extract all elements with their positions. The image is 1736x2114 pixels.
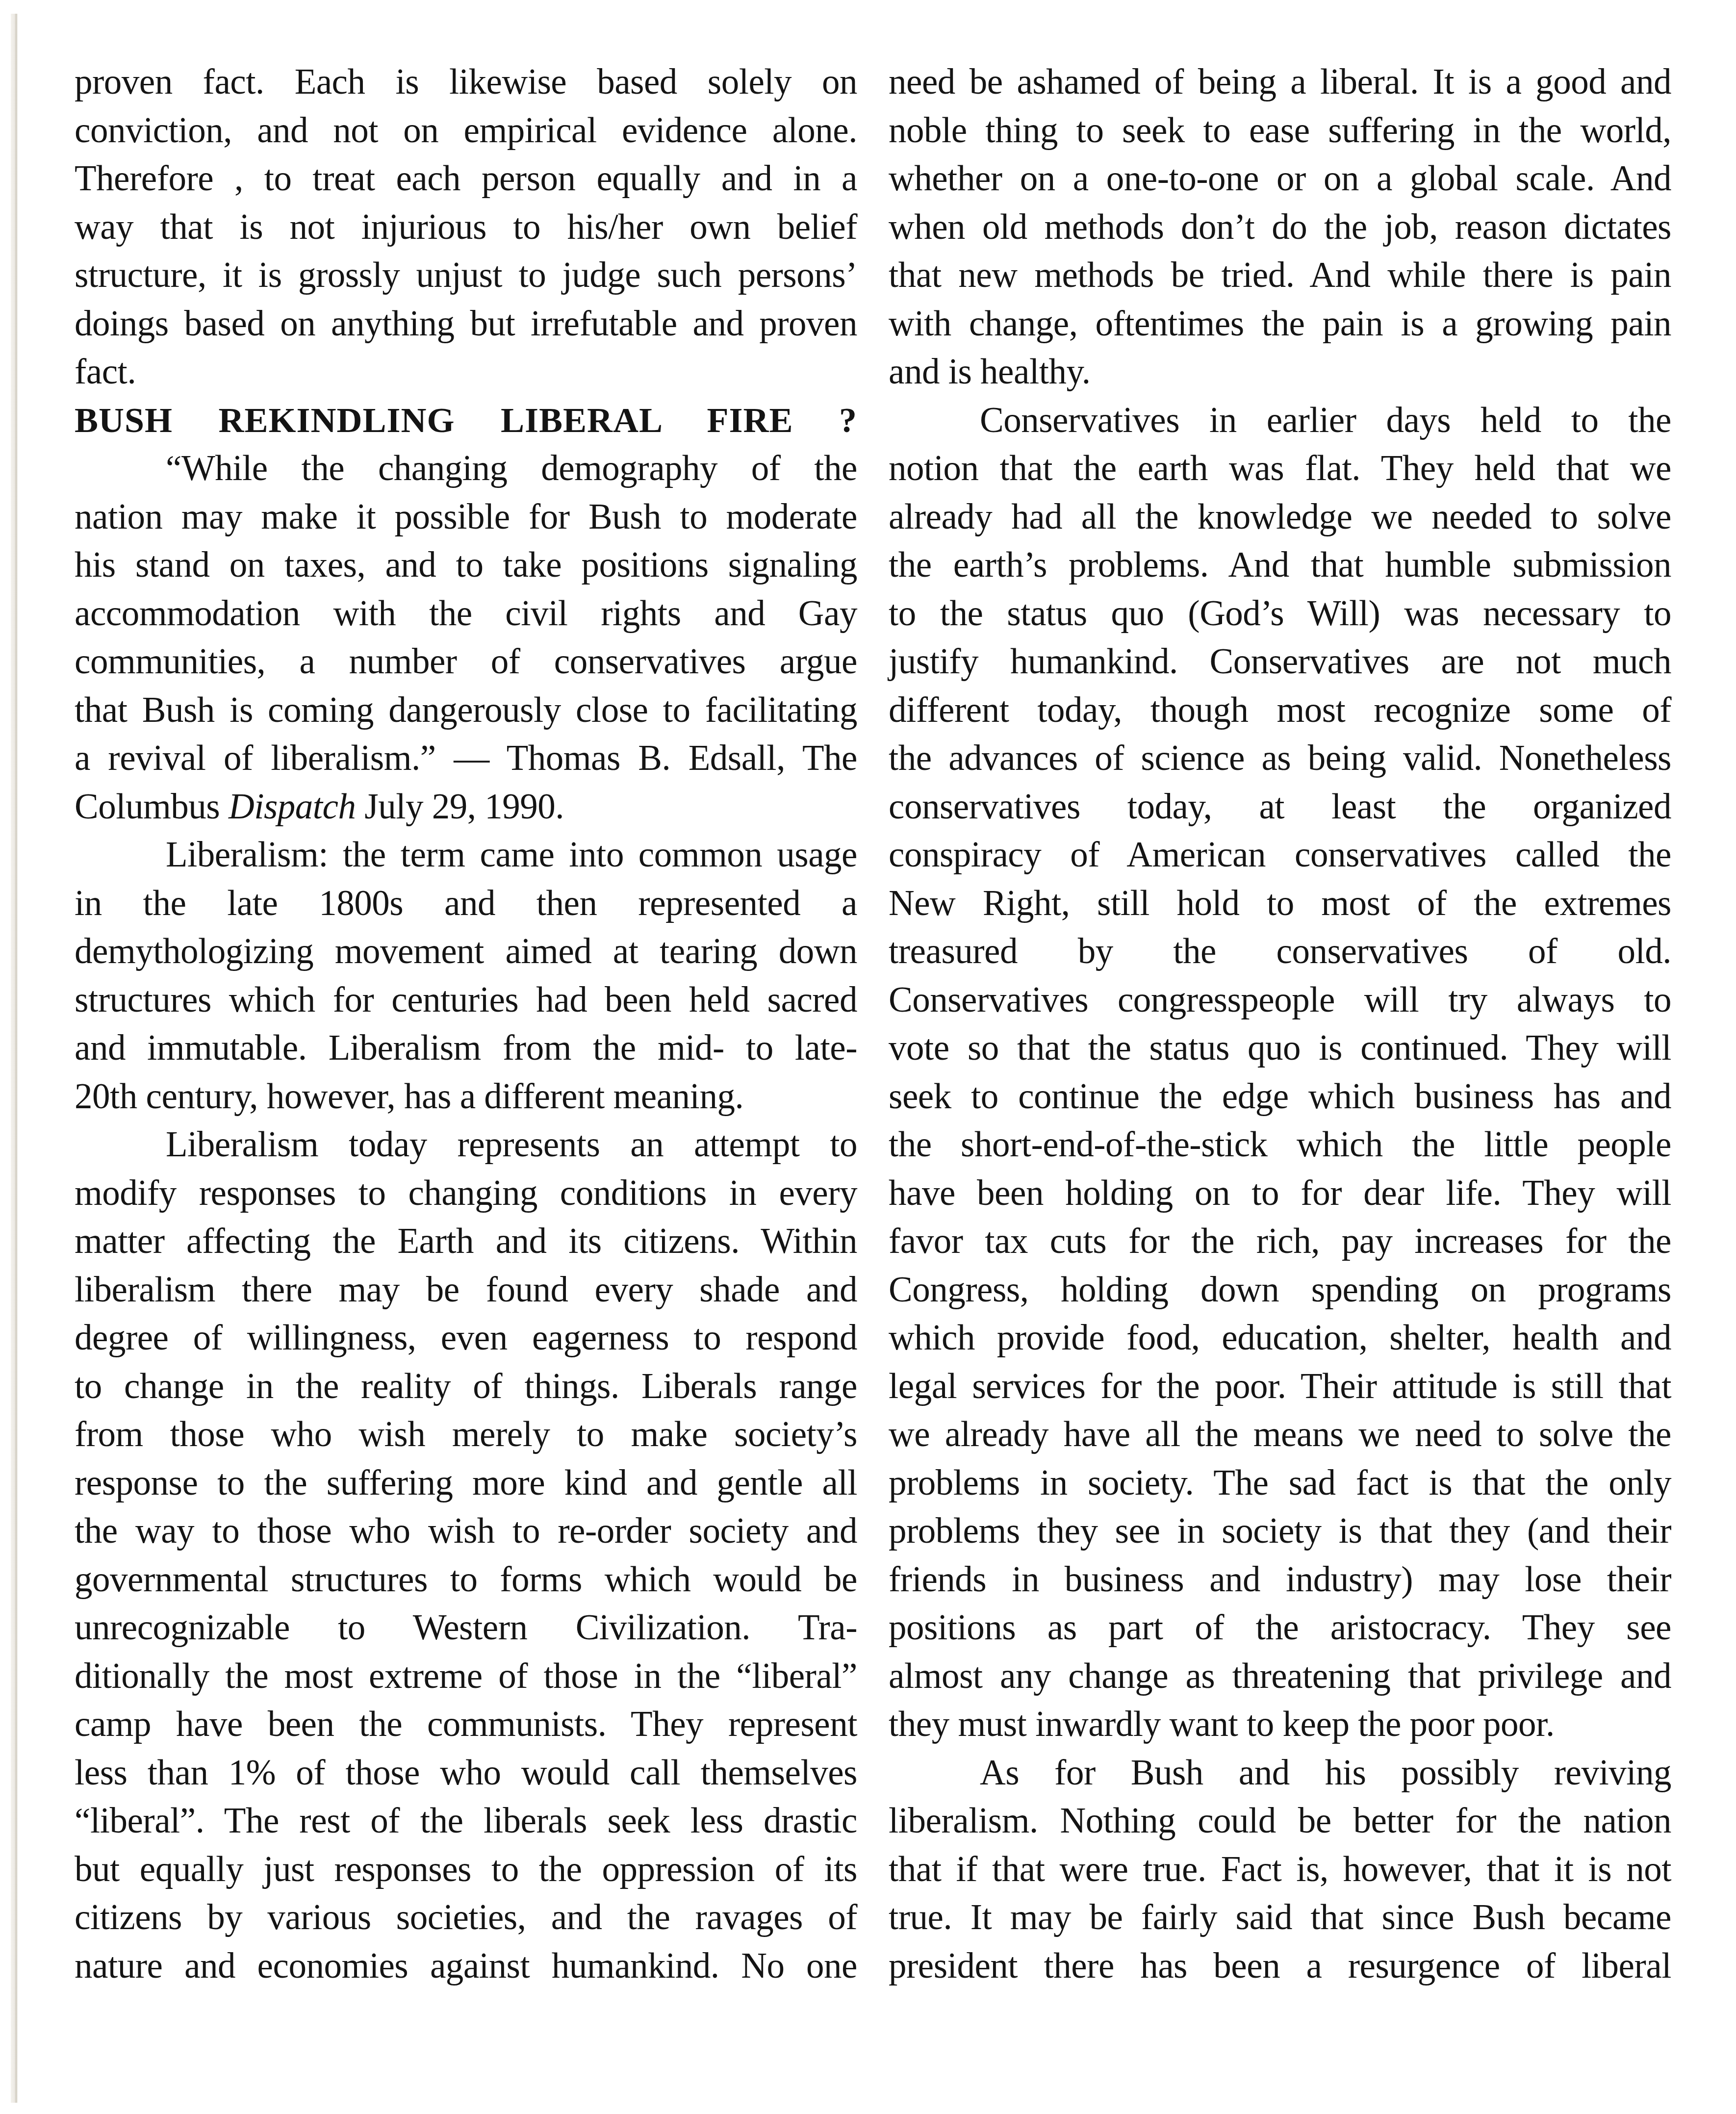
text-line: Columbus Dispatch July 29, 1990.: [75, 783, 857, 831]
right-column: need be ashamed of being a liberal. It i…: [889, 58, 1671, 1990]
text-line: a revival of liberalism.” — Thomas B. Ed…: [75, 734, 857, 783]
text-line-content: whether on a one-to-one or on a global s…: [889, 158, 1671, 198]
text-line: different today, though most recognize s…: [889, 686, 1671, 735]
text-line-content: have been holding on to for dear life. T…: [889, 1173, 1671, 1213]
text-line-content: less than 1% of those who would call the…: [75, 1753, 857, 1792]
text-line-content: vote so that the status quo is continued…: [889, 1028, 1671, 1068]
text-line-content: structure, it is grossly unjust to judge…: [75, 255, 857, 295]
citation-date: July 29, 1990.: [356, 787, 564, 826]
text-line: they must inwardly want to keep the poor…: [889, 1700, 1671, 1749]
text-line-content: different today, though most recognize s…: [889, 690, 1671, 730]
text-line-content: 20th century, however, has a different m…: [75, 1076, 743, 1116]
text-line-content: friends in business and industry) may lo…: [889, 1559, 1671, 1599]
text-line-content: president there has been a resurgence of…: [889, 1946, 1671, 1986]
text-line-content: a revival of liberalism.” — Thomas B. Ed…: [75, 738, 857, 778]
text-line-content: Liberalism today represents an attempt t…: [166, 1124, 857, 1164]
text-line: Conservatives congresspeople will try al…: [889, 976, 1671, 1024]
text-line-content: need be ashamed of being a liberal. It i…: [889, 62, 1671, 102]
text-line-content: with change, oftentimes the pain is a gr…: [889, 304, 1671, 343]
text-line-content: Therefore , to treat each person equally…: [75, 158, 857, 198]
text-line: citizens by various societies, and the r…: [75, 1893, 857, 1942]
text-line: structures which for centuries had been …: [75, 976, 857, 1024]
text-line: when old methods don’t do the job, reaso…: [889, 203, 1671, 252]
text-line-content: which provide food, education, shelter, …: [889, 1318, 1671, 1357]
text-line-content: degree of willingness, even eagerness to…: [75, 1318, 857, 1357]
text-line: the earth’s problems. And that humble su…: [889, 541, 1671, 589]
text-line: the advances of science as being valid. …: [889, 734, 1671, 783]
text-line: we already have all the means we need to…: [889, 1410, 1671, 1459]
text-line-content: conspiracy of American conservatives cal…: [889, 835, 1671, 874]
text-line-content: ditionally the most extreme of those in …: [75, 1656, 857, 1696]
text-line-content: the way to those who wish to re-order so…: [75, 1511, 857, 1551]
text-line: governmental structures to forms which w…: [75, 1555, 857, 1604]
text-line: have been holding on to for dear life. T…: [889, 1169, 1671, 1218]
text-line: communities, a number of conservatives a…: [75, 637, 857, 686]
text-line-content: treasured by the conservatives of old.: [889, 931, 1671, 971]
text-line: but equally just responses to the oppres…: [75, 1845, 857, 1894]
text-line: whether on a one-to-one or on a global s…: [889, 154, 1671, 203]
text-line: his stand on taxes, and to take position…: [75, 541, 857, 589]
text-line: “liberal”. The rest of the liberals seek…: [75, 1797, 857, 1845]
text-line: less than 1% of those who would call the…: [75, 1749, 857, 1797]
text-line: unrecognizable to Western Civilization. …: [75, 1604, 857, 1652]
text-line-content: from those who wish merely to make socie…: [75, 1414, 857, 1454]
text-line: with change, oftentimes the pain is a gr…: [889, 300, 1671, 348]
text-line-content: problems they see in society is that the…: [889, 1511, 1671, 1551]
left-column: proven fact. Each is likewise based sole…: [75, 58, 857, 1990]
text-line-content: in the late 1800s and then represented a: [75, 883, 857, 923]
text-line: vote so that the status quo is continued…: [889, 1024, 1671, 1072]
text-line: nature and economies against humankind. …: [75, 1942, 857, 1990]
text-line: way that is not injurious to his/her own…: [75, 203, 857, 252]
text-line: conservatives today, at least the organi…: [889, 783, 1671, 831]
text-line: which provide food, education, shelter, …: [889, 1314, 1671, 1362]
text-line-content: justify humankind. Conservatives are not…: [889, 641, 1671, 681]
text-line-content: liberalism there may be found every shad…: [75, 1270, 857, 1309]
text-line-content: to the status quo (God’s Will) was neces…: [889, 593, 1671, 633]
text-line-content: BUSH REKINDLING LIBERAL FIRE ?: [75, 401, 857, 440]
text-line-content: the earth’s problems. And that humble su…: [889, 545, 1671, 585]
text-line: that new methods be tried. And while the…: [889, 251, 1671, 300]
text-line-content: true. It may be fairly said that since B…: [889, 1897, 1671, 1937]
text-line: true. It may be fairly said that since B…: [889, 1893, 1671, 1942]
text-line-content: the short-end-of-the-stick which the lit…: [889, 1124, 1671, 1164]
text-line: that if that were true. Fact is, however…: [889, 1845, 1671, 1894]
text-line: matter affecting the Earth and its citiz…: [75, 1217, 857, 1266]
text-line-content: fact.: [75, 352, 136, 391]
text-line: nation may make it possible for Bush to …: [75, 493, 857, 541]
text-line: accommodation with the civil rights and …: [75, 589, 857, 638]
text-line-content: notion that the earth was flat. They hel…: [889, 448, 1671, 488]
text-line: and immutable. Liberalism from the mid- …: [75, 1024, 857, 1072]
text-line-content: “liberal”. The rest of the liberals seek…: [75, 1801, 857, 1840]
text-line: conviction, and not on empirical evidenc…: [75, 106, 857, 155]
text-line: already had all the knowledge we needed …: [889, 493, 1671, 541]
text-line-content: “While the changing demography of the: [166, 448, 857, 488]
text-line-content: way that is not injurious to his/her own…: [75, 207, 857, 247]
text-line-content: matter affecting the Earth and its citiz…: [75, 1221, 857, 1261]
text-line: structure, it is grossly unjust to judge…: [75, 251, 857, 300]
text-line-content: liberalism. Nothing could be better for …: [889, 1801, 1671, 1840]
text-line: As for Bush and his possibly reviving: [889, 1749, 1671, 1797]
text-line: doings based on anything but irrefutable…: [75, 300, 857, 348]
text-line-content: proven fact. Each is likewise based sole…: [75, 62, 857, 102]
text-line-content: noble thing to seek to ease suffering in…: [889, 110, 1671, 150]
text-line-content: As for Bush and his possibly reviving: [980, 1753, 1671, 1792]
text-line-content: but equally just responses to the oppres…: [75, 1849, 857, 1889]
text-line: problems in society. The sad fact is tha…: [889, 1459, 1671, 1507]
text-line: in the late 1800s and then represented a: [75, 879, 857, 928]
text-line: New Right, still hold to most of the ext…: [889, 879, 1671, 928]
text-line-content: to change in the reality of things. Libe…: [75, 1366, 857, 1406]
text-line: Congress, holding down spending on progr…: [889, 1266, 1671, 1314]
text-line: Liberalism today represents an attempt t…: [75, 1121, 857, 1169]
text-line: liberalism. Nothing could be better for …: [889, 1797, 1671, 1845]
text-line-content: camp have been the communists. They repr…: [75, 1704, 857, 1744]
text-line-content: that new methods be tried. And while the…: [889, 255, 1671, 295]
text-line-content: that Bush is coming dangerously close to…: [75, 690, 857, 730]
text-line: president there has been a resurgence of…: [889, 1942, 1671, 1990]
text-line-content: Columbus: [75, 787, 220, 826]
text-line-content: we already have all the means we need to…: [889, 1414, 1671, 1454]
text-line-content: almost any change as threatening that pr…: [889, 1656, 1671, 1696]
text-line: legal services for the poor. Their attit…: [889, 1362, 1671, 1411]
page-edge-shadow: [11, 14, 18, 2103]
text-line: almost any change as threatening that pr…: [889, 1652, 1671, 1701]
text-line: camp have been the communists. They repr…: [75, 1700, 857, 1749]
text-line: conspiracy of American conservatives cal…: [889, 831, 1671, 879]
text-line: Therefore , to treat each person equally…: [75, 154, 857, 203]
text-line-content: Conservatives congresspeople will try al…: [889, 980, 1671, 1019]
text-line: the short-end-of-the-stick which the lit…: [889, 1121, 1671, 1169]
text-line: problems they see in society is that the…: [889, 1507, 1671, 1555]
text-line-content: doings based on anything but irrefutable…: [75, 304, 857, 343]
text-line-content: modify responses to changing conditions …: [75, 1173, 857, 1213]
text-line-content: they must inwardly want to keep the poor…: [889, 1704, 1555, 1744]
text-line: demythologizing movement aimed at tearin…: [75, 927, 857, 976]
text-line: friends in business and industry) may lo…: [889, 1555, 1671, 1604]
publication-name: Dispatch: [229, 787, 356, 826]
text-line: need be ashamed of being a liberal. It i…: [889, 58, 1671, 106]
text-line: proven fact. Each is likewise based sole…: [75, 58, 857, 106]
text-line-content: response to the suffering more kind and …: [75, 1463, 857, 1503]
text-line: the way to those who wish to re-order so…: [75, 1507, 857, 1555]
section-heading: BUSH REKINDLING LIBERAL FIRE ?: [75, 396, 857, 445]
text-line-content: New Right, still hold to most of the ext…: [889, 883, 1671, 923]
text-line-content: seek to continue the edge which business…: [889, 1076, 1671, 1116]
text-line-content: positions as part of the aristocracy. Th…: [889, 1607, 1671, 1647]
text-line: justify humankind. Conservatives are not…: [889, 637, 1671, 686]
text-line-content: his stand on taxes, and to take position…: [75, 545, 857, 585]
text-line: degree of willingness, even eagerness to…: [75, 1314, 857, 1362]
text-line: response to the suffering more kind and …: [75, 1459, 857, 1507]
text-line: favor tax cuts for the rich, pay increas…: [889, 1217, 1671, 1266]
text-line-content: favor tax cuts for the rich, pay increas…: [889, 1221, 1671, 1261]
text-line: ditionally the most extreme of those in …: [75, 1652, 857, 1701]
text-line: noble thing to seek to ease suffering in…: [889, 106, 1671, 155]
text-line-content: when old methods don’t do the job, reaso…: [889, 207, 1671, 247]
text-line: and is healthy.: [889, 348, 1671, 396]
text-line-content: that if that were true. Fact is, however…: [889, 1849, 1671, 1889]
text-line-content: communities, a number of conservatives a…: [75, 641, 857, 681]
text-line-content: already had all the knowledge we needed …: [889, 497, 1671, 536]
text-line-content: accommodation with the civil rights and …: [75, 593, 857, 633]
text-line-content: governmental structures to forms which w…: [75, 1559, 857, 1599]
text-line-content: unrecognizable to Western Civilization. …: [75, 1607, 857, 1647]
text-line: that Bush is coming dangerously close to…: [75, 686, 857, 735]
text-line-content: demythologizing movement aimed at tearin…: [75, 931, 857, 971]
text-line-content: and immutable. Liberalism from the mid- …: [75, 1028, 857, 1068]
text-line: “While the changing demography of the: [75, 444, 857, 493]
text-line-content: Congress, holding down spending on progr…: [889, 1270, 1671, 1309]
text-line: 20th century, however, has a different m…: [75, 1072, 857, 1121]
text-line-content: the advances of science as being valid. …: [889, 738, 1671, 778]
text-line-content: nature and economies against humankind. …: [75, 1946, 857, 1986]
text-line-content: problems in society. The sad fact is tha…: [889, 1463, 1671, 1503]
text-line-content: Conservatives in earlier days held to th…: [980, 400, 1671, 440]
text-line: seek to continue the edge which business…: [889, 1072, 1671, 1121]
text-line-content: legal services for the poor. Their attit…: [889, 1366, 1671, 1406]
text-line: notion that the earth was flat. They hel…: [889, 444, 1671, 493]
text-line: to the status quo (God’s Will) was neces…: [889, 589, 1671, 638]
text-line-content: Liberalism: the term came into common us…: [166, 835, 857, 874]
text-line: treasured by the conservatives of old.: [889, 927, 1671, 976]
text-line: Liberalism: the term came into common us…: [75, 831, 857, 879]
text-line: from those who wish merely to make socie…: [75, 1410, 857, 1459]
text-line: fact.: [75, 348, 857, 396]
text-line: liberalism there may be found every shad…: [75, 1266, 857, 1314]
text-line-content: and is healthy.: [889, 352, 1090, 391]
text-line-content: nation may make it possible for Bush to …: [75, 497, 857, 536]
text-line: Conservatives in earlier days held to th…: [889, 396, 1671, 445]
text-line-content: structures which for centuries had been …: [75, 980, 857, 1019]
text-line: positions as part of the aristocracy. Th…: [889, 1604, 1671, 1652]
text-line: to change in the reality of things. Libe…: [75, 1362, 857, 1411]
text-line-content: citizens by various societies, and the r…: [75, 1897, 857, 1937]
text-line-content: conviction, and not on empirical evidenc…: [75, 110, 857, 150]
text-line: modify responses to changing conditions …: [75, 1169, 857, 1218]
text-line-content: conservatives today, at least the organi…: [889, 787, 1671, 826]
